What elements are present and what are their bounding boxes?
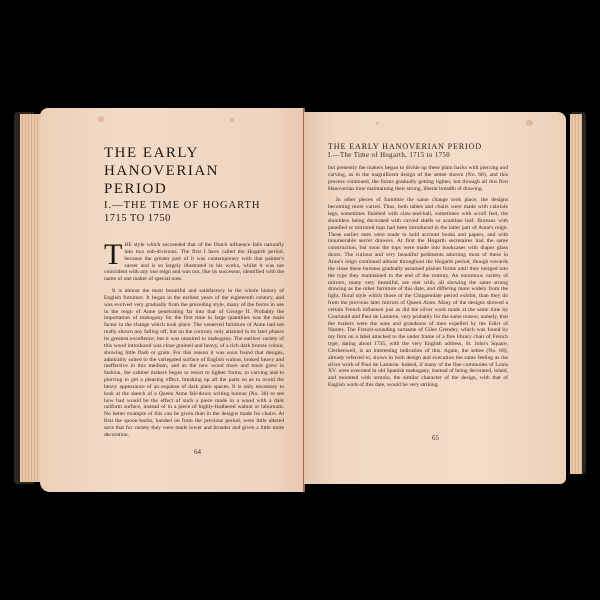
open-book: THE EARLY HANOVERIAN PERIOD I.—THE TIME … <box>14 100 586 500</box>
left-page: THE EARLY HANOVERIAN PERIOD I.—THE TIME … <box>40 108 304 492</box>
right-page: THE EARLY HANOVERIAN PERIOD I.—The Time … <box>304 112 566 484</box>
chapter-title-line2: HANOVERIAN PERIOD <box>104 163 219 197</box>
paragraph: In other pieces of furniture the same ch… <box>328 197 508 389</box>
foxing-spot <box>376 122 379 125</box>
chapter-title: THE EARLY HANOVERIAN PERIOD <box>104 144 284 198</box>
paragraph: but presently the makers began to divide… <box>328 165 508 192</box>
running-subhead: I.—The Time of Hogarth, 1715 to 1750 <box>328 152 508 159</box>
foxing-spot <box>98 116 104 122</box>
chapter-title-line1: THE EARLY <box>104 145 199 161</box>
paragraph: It is almost the most beautiful and sati… <box>104 288 284 439</box>
foxing-spot <box>230 118 234 122</box>
paragraph: THE style which succeeded that of the Du… <box>104 242 284 283</box>
right-page-content: THE EARLY HANOVERIAN PERIOD I.—The Time … <box>328 142 508 389</box>
running-head: THE EARLY HANOVERIAN PERIOD <box>328 142 508 151</box>
left-body-text: THE style which succeeded that of the Du… <box>104 242 284 439</box>
dropcap: T <box>104 243 122 267</box>
chapter-dates: 1715 TO 1750 <box>104 213 284 224</box>
foxing-spot <box>526 120 533 126</box>
page-edges-right <box>570 114 582 474</box>
right-body-text: but presently the makers began to divide… <box>328 165 508 389</box>
page-number-left: 64 <box>194 448 201 456</box>
chapter-subtitle: I.—THE TIME OF HOGARTH <box>104 200 284 211</box>
left-page-content: THE EARLY HANOVERIAN PERIOD I.—THE TIME … <box>104 144 284 439</box>
paragraph-text: HE style which succeeded that of the Dut… <box>104 242 284 282</box>
page-number-right: 65 <box>432 434 439 442</box>
